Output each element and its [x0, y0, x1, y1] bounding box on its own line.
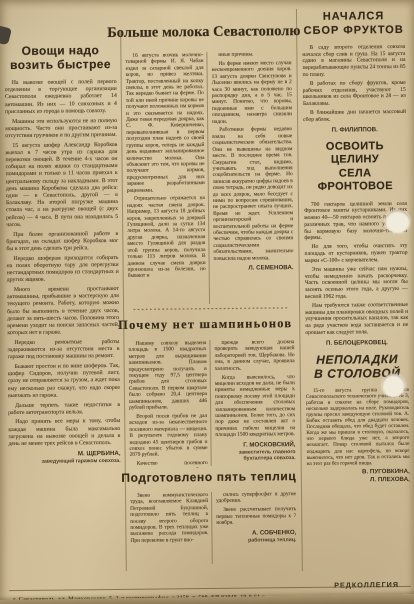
greenhouses-body-a: Звено коммунистического труда, возглавля…	[130, 492, 209, 544]
greenhouses-signature: А. СОБЧЕНКО,	[216, 529, 296, 538]
article-vegetables: Овощи надо возить быстрее На вывозке ово…	[4, 43, 122, 572]
fruits-signature: П. ФИЛИППОВ.	[303, 126, 406, 135]
mushrooms-signature-role: заместитель главного бухгалтера совхоза.	[216, 449, 296, 463]
paragraph: Эти машины уже сейчас нам нужны, чтобы н…	[305, 266, 408, 301]
punch-hole-bottom	[382, 374, 405, 397]
greenhouses-signature-role: работница теплиц.	[216, 537, 296, 544]
paragraph: В ближайшие дни начнется массовый сбор я…	[303, 109, 406, 123]
paragraph: Работники фермы недавно взяли на себя но…	[212, 127, 293, 262]
editorial-board-label: РЕДКОЛЛЕГИЯ	[334, 580, 399, 590]
headline-vegetables-line2: возить быстрее	[4, 57, 116, 72]
paragraph: На вывозке овощей с полей первого отделе…	[5, 79, 117, 116]
headline-fruits-line1: НАЧАЛСЯ	[302, 10, 405, 25]
headline-fruits: НАЧАЛСЯ СБОР ФРУКТОВ	[302, 10, 405, 38]
headline-vegetables: Овощи надо возить быстрее	[4, 43, 116, 72]
paragraph: Нередко шоферам приходится собирать на п…	[7, 255, 119, 285]
paragraph: Звено рассчитывает получить первые тепли…	[216, 506, 296, 526]
headline-canteen-line1: НЕПОЛАДКИ	[306, 351, 409, 367]
headline-vegetables-line1: Овощи надо	[4, 43, 116, 58]
greenhouses-column-a: Звено коммунистического труда, возглавля…	[130, 492, 209, 567]
mushrooms-body-a: Нашему совхозу выделена площадь в 1500 к…	[128, 340, 207, 469]
canteen-signature-2: Л. ПЛЕХОВА,	[307, 476, 410, 485]
paragraph: Нам требуются также соответственные маши…	[305, 302, 408, 337]
milk-body-a: 16 августа возчик молочно-товарной фермы…	[125, 52, 205, 280]
paragraph: 16 августа возчик молочно-товарной фермы…	[125, 52, 204, 194]
paragraph: Качество посевного материала, в том числ…	[130, 460, 208, 469]
newspaper-page: Овощи надо возить быстрее На вывозке ово…	[0, 0, 414, 604]
headline-celina-line2: СЕЛА ФРОНТОВОЕ	[304, 167, 407, 195]
celina-signature: П. БЕЛОЦЕРКОВЕЦ.	[305, 338, 408, 347]
paragraph: В работах по сбору фруктов, кроме рабочи…	[303, 80, 406, 108]
paragraph: 15-го августа группа учащихся Севастопол…	[306, 386, 410, 466]
milk-column-a: 16 августа возчик молочно-товарной фермы…	[125, 52, 206, 305]
greenhouses-body-b: сились суперфосфат и другие удобрения.Зв…	[216, 491, 296, 526]
paragraph: Отрицательно отражается на надоях частая…	[127, 195, 206, 279]
mushrooms-column-b: прежде всего должна проверять заведующая…	[214, 339, 295, 468]
mushrooms-column-a: Нашему совхозу выделена площадь в 1500 к…	[128, 340, 207, 469]
paragraph: Нашему совхозу выделена площадь в 1500 к…	[128, 340, 207, 411]
column-rule-right	[296, 9, 303, 571]
punch-hole-top	[385, 210, 410, 233]
paragraph: На ферме имеют место случаи несвоевремен…	[211, 60, 292, 125]
paragraph: Машины эти используются не на полную мощ…	[5, 117, 117, 140]
greenhouses-column-b: сились суперфосфат и другие удобрения.Зв…	[216, 491, 297, 566]
scan-tilt-wrapper: Овощи надо возить быстрее На вывозке ово…	[0, 0, 414, 604]
headline-mushrooms: Почему нет шампиньонов	[112, 316, 298, 333]
fruits-body: В саду второго отделения совхоза начался…	[302, 44, 406, 124]
paragraph: Надо принять все меры к тому, чтобы кажд…	[8, 418, 120, 448]
mushrooms-signature: Г. МОСКОВСКИЙ,	[215, 441, 295, 450]
paragraph: Когда выяснилось, что мицелии всходов не…	[215, 374, 296, 439]
headline-greenhouses: Подготовлено пять теплиц	[114, 469, 304, 485]
mushrooms-body-b: прежде всего должна проверять заведующая…	[214, 339, 295, 438]
paragraph: Дальше терпеть такие недостатки в работе…	[8, 401, 120, 417]
paragraph: При более организованной работе в бригад…	[6, 230, 118, 253]
headline-fruits-line2: СБОР ФРУКТОВ	[302, 23, 405, 38]
paragraph: Второй посев грибов не дал всходов из-за…	[129, 413, 207, 459]
paragraph: прежде всего должна проверять заведующая…	[214, 339, 294, 372]
paragraph: Нередко ремонтные работы задерживаются и…	[7, 339, 119, 362]
paragraph: Бывают простои и по вине шоферов. Так, ш…	[8, 363, 120, 400]
headline-celina-line1: ОСВОИТЬ ЦЕЛИНУ	[303, 140, 406, 168]
headline-celina: ОСВОИТЬ ЦЕЛИНУ СЕЛА ФРОНТОВОЕ	[303, 140, 407, 195]
right-column: НАЧАЛСЯ СБОР ФРУКТОВ В саду второго отде…	[302, 10, 411, 573]
paragraph: 15 августа шофер Александр Коробков выех…	[5, 142, 118, 230]
column-rule-greenhouses	[211, 492, 213, 564]
paragraph: Много времени простаивают автомашины, пр…	[7, 286, 120, 338]
milk-column-b: иные причины.На ферме имеют место случаи…	[211, 51, 294, 304]
vegetables-signature-role: заведующий гаражом совхоза.	[9, 458, 121, 466]
paragraph: сились суперфосфат и другие удобрения.	[216, 491, 296, 505]
headline-milk: Больше молока Севастополю	[107, 23, 297, 42]
paragraph: иные причины.	[211, 51, 291, 58]
vegetables-body: На вывозке овощей с полей первого отделе…	[5, 79, 121, 448]
stars-separator: **************************************	[128, 307, 294, 314]
paragraph: Звено коммунистического труда, возглавля…	[130, 492, 209, 544]
milk-signature: Л. СЕМЕНОВА.	[214, 264, 294, 273]
column-rule-milk	[206, 52, 210, 304]
milk-body-b: иные причины.На ферме имеют место случаи…	[211, 51, 293, 262]
paragraph: Но для того, чтобы очистить эту площадь …	[304, 243, 407, 264]
canteen-body: 15-го августа группа учащихся Севастопол…	[306, 386, 410, 466]
paragraph: В саду второго отделения совхоза начался…	[302, 44, 405, 79]
column-rule-mushrooms	[209, 340, 211, 466]
